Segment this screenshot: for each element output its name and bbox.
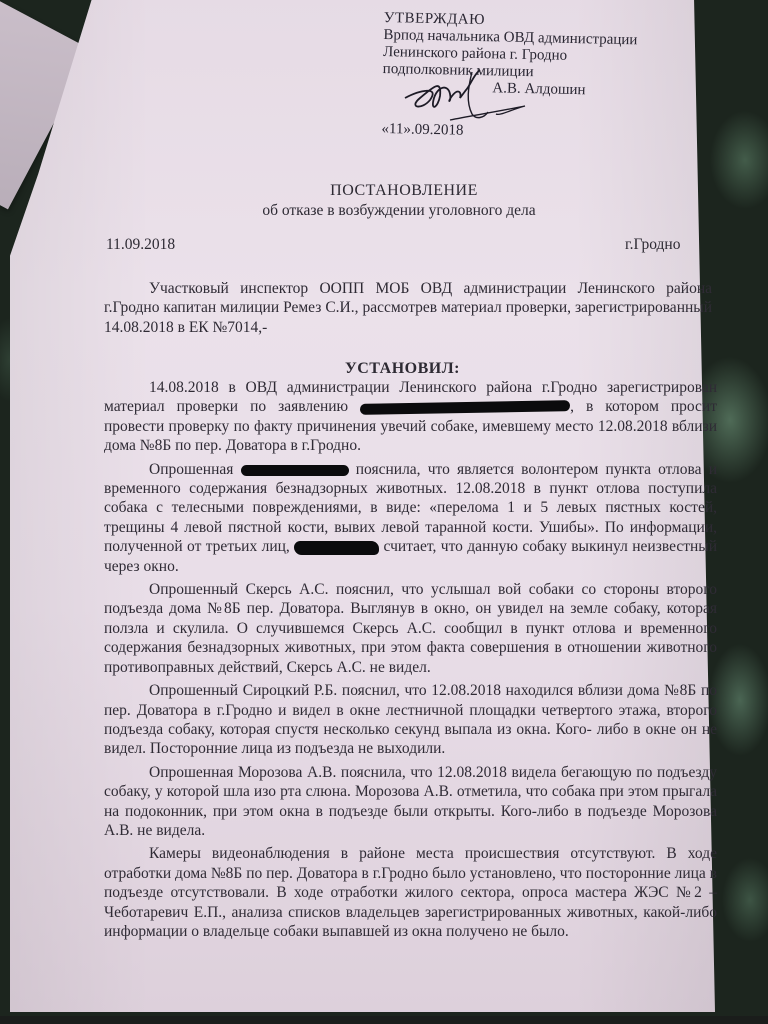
paragraph-text: Опрошенная bbox=[149, 461, 241, 478]
bottom-shadow bbox=[0, 1016, 768, 1024]
paragraph-registration: 14.08.2018 в ОВД администрации Ленинског… bbox=[104, 378, 717, 456]
paragraph-volunteer: Опрошенная пояснила, что является волонт… bbox=[104, 460, 717, 576]
paragraph-skers: Опрошенный Скерсь А.С. пояснил, что услы… bbox=[104, 580, 717, 677]
redacted-name bbox=[241, 465, 349, 476]
document-title: ПОСТАНОВЛЕНИЕ bbox=[20, 182, 768, 200]
paragraph-sirotsky: Опрошенный Сироцкий Р.Б. пояснил, что 12… bbox=[104, 681, 717, 759]
findings-text: 14.08.2018 в ОВД администрации Ленинског… bbox=[104, 378, 717, 945]
paragraph-cameras: Камеры видеонаблюдения в районе места пр… bbox=[104, 844, 717, 941]
document-date: 11.09.2018 bbox=[106, 236, 175, 254]
handwritten-signature-icon bbox=[400, 68, 540, 128]
intro-paragraph: Участковый инспектор ООПП МОБ ОВД админи… bbox=[104, 279, 712, 337]
document-place: г.Гродно bbox=[625, 236, 680, 254]
document: УТВЕРЖДАЮ Врпод начальника ОВД администр… bbox=[0, 0, 768, 1024]
intro-text: Участковый инспектор ООПП МОБ ОВД админи… bbox=[104, 279, 712, 337]
redacted-name bbox=[294, 541, 379, 555]
document-subtitle: об отказе в возбуждении уголовного дела bbox=[15, 202, 768, 220]
redacted-name bbox=[360, 401, 570, 416]
paragraph-morozova: Опрошенная Морозова А.В. пояснила, что 1… bbox=[104, 763, 717, 841]
section-heading: УСТАНОВИЛ: bbox=[345, 360, 460, 378]
